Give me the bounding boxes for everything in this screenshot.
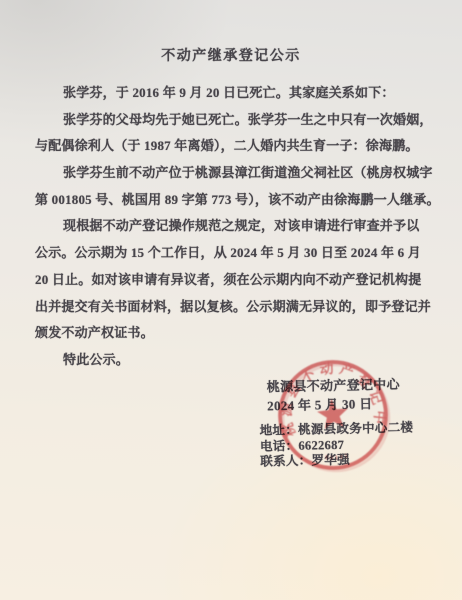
document-body: 张学芬，于 2016 年 9 月 20 日已死亡。其家庭关系如下： 张学芬的父母… <box>35 80 435 374</box>
body-line: 张学芬的父母均先于她已死亡。张学芬一生之中只有一次婚姻， <box>35 107 435 134</box>
body-line: 公示。公示期为 15 个工作日，从 2024 年 5 月 30 日至 2024 … <box>35 240 435 267</box>
body-line: 颁发不动产权证书。 <box>35 320 435 347</box>
official-seal-stamp: 桃源县不动产登记中心 00182 <box>269 351 396 478</box>
body-line: 张学芬，于 2016 年 9 月 20 日已死亡。其家庭关系如下： <box>35 80 435 107</box>
body-line: 与配偶徐利人（于 1987 年离婚），二人婚内共生育一子：徐海鹏。 <box>35 133 435 160</box>
body-line: 20 日止。如对该申请有异议者，须在公示期内向不动产登记机构提 <box>35 267 435 294</box>
page-title: 不动产继承登记公示 <box>0 45 462 65</box>
body-line: 第 001805 号、桃国用 89 字第 773 号），该不动产由徐海鹏一人继承… <box>35 187 435 214</box>
body-line: 现根据不动产登记操作规范之规定，对该申请进行审查并予以 <box>35 213 435 240</box>
body-line: 出并提交有关书面材料，据以复核。公示期满无异议的，即予登记并 <box>35 294 435 321</box>
body-line: 张学芬生前不动产位于桃源县漳江街道渔父祠社区（桃房权城字 <box>35 160 435 187</box>
seal-star-icon <box>316 397 350 429</box>
seal-code-text: 00182 <box>324 452 351 462</box>
document-page: 不动产继承登记公示 张学芬，于 2016 年 9 月 20 日已死亡。其家庭关系… <box>0 0 462 600</box>
